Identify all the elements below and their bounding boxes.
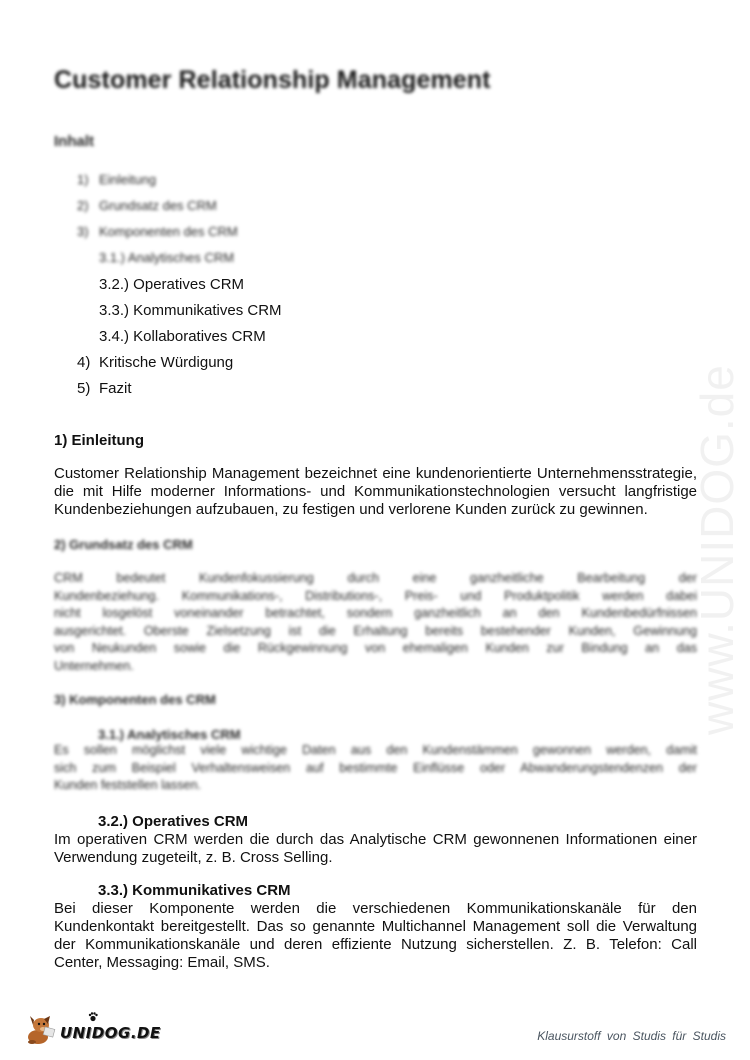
- toc-item-label: 3.1.) Analytisches CRM: [99, 250, 234, 265]
- toc-item[interactable]: 5)Fazit: [77, 380, 132, 397]
- paragraph-line: Customer Relationship Management bezeich…: [54, 465, 697, 483]
- toc-item-number: 1): [77, 172, 99, 187]
- logo-text: UNIDOG.DE: [60, 1024, 161, 1042]
- paragraph-line: Kunden feststellen lassen.: [54, 777, 697, 795]
- section-heading-analytisch: 3.1.) Analytisches CRM: [98, 727, 241, 742]
- section-heading-kommunikativ: 3.3.) Kommunikatives CRM: [98, 882, 291, 899]
- toc-heading: Inhalt: [54, 133, 94, 150]
- toc-item[interactable]: 4)Kritische Würdigung: [77, 354, 233, 371]
- section-heading-komponenten: 3) Komponenten des CRM: [54, 692, 216, 707]
- toc-item-label: 3.3.) Kommunikatives CRM: [99, 302, 282, 319]
- toc-item[interactable]: 3.3.) Kommunikatives CRM: [99, 302, 282, 319]
- toc-item[interactable]: 3.4.) Kollaboratives CRM: [99, 328, 266, 345]
- toc-item[interactable]: 3.1.) Analytisches CRM: [99, 250, 234, 265]
- paragraph-line: von Neukunden sowie die Rückgewinnung vo…: [54, 640, 697, 658]
- paw-icon: [88, 1012, 98, 1022]
- toc-item-label: Komponenten des CRM: [99, 224, 238, 239]
- watermark: www.UNIDOG.de: [690, 364, 744, 735]
- toc-item-label: Einleitung: [99, 172, 156, 187]
- paragraph-line: die mit Hilfe moderner Informations- und…: [54, 483, 697, 501]
- toc-item-number: 2): [77, 198, 99, 213]
- toc-item[interactable]: 3)Komponenten des CRM: [77, 224, 238, 239]
- paragraph-line: Unternehmen.: [54, 658, 697, 676]
- dog-mascot-icon: [24, 1012, 58, 1046]
- toc-item[interactable]: 2)Grundsatz des CRM: [77, 198, 217, 213]
- section-body-grundsatz: CRM bedeutet Kundenfokussierung durch ei…: [54, 570, 697, 676]
- paragraph-line: ausgerichtet. Oberste Zielsetzung ist di…: [54, 623, 697, 641]
- toc-item-label: 3.4.) Kollaboratives CRM: [99, 328, 266, 345]
- paragraph-line: sich zum Beispiel Verhaltensweisen auf b…: [54, 760, 697, 778]
- toc-item-number: 4): [77, 354, 99, 371]
- paragraph-line: nicht losgelöst voneinander betrachtet, …: [54, 605, 697, 623]
- toc-item[interactable]: 1)Einleitung: [77, 172, 156, 187]
- section-heading-grundsatz: 2) Grundsatz des CRM: [54, 537, 193, 552]
- unidog-logo[interactable]: UNIDOG.DE: [24, 1012, 161, 1046]
- section-body-kommunikativ: Bei dieser Komponente werden die verschi…: [54, 900, 697, 972]
- footer-tagline: Klausurstoff von Studis für Studis: [537, 1029, 726, 1043]
- paragraph-line: Verwendung zugeteilt, z. B. Cross Sellin…: [54, 849, 697, 867]
- section-body-einleitung: Customer Relationship Management bezeich…: [54, 465, 697, 519]
- document-title: Customer Relationship Management: [54, 66, 491, 95]
- paragraph-line: Im operativen CRM werden die durch das A…: [54, 831, 697, 849]
- section-body-operativ: Im operativen CRM werden die durch das A…: [54, 831, 697, 867]
- toc-item-number: 3): [77, 224, 99, 239]
- paragraph-line: der Kommunikationskanäle und deren effiz…: [54, 936, 697, 954]
- document-page: www.UNIDOG.de Customer Relationship Mana…: [0, 0, 750, 1060]
- section-heading-einleitung: 1) Einleitung: [54, 432, 144, 449]
- toc-item-label: Fazit: [99, 380, 132, 397]
- toc-item[interactable]: 3.2.) Operatives CRM: [99, 276, 244, 293]
- paragraph-line: CRM bedeutet Kundenfokussierung durch ei…: [54, 570, 697, 588]
- toc-item-label: Grundsatz des CRM: [99, 198, 217, 213]
- paragraph-line: Bei dieser Komponente werden die verschi…: [54, 900, 697, 918]
- toc-item-label: 3.2.) Operatives CRM: [99, 276, 244, 293]
- paragraph-line: Kundenkontakt bereitgestellt. Das so gen…: [54, 918, 697, 936]
- section-heading-operativ: 3.2.) Operatives CRM: [98, 813, 248, 830]
- paragraph-line: Kundenbeziehungen aufzubauen, zu festige…: [54, 501, 697, 519]
- section-body-analytisch: Es sollen möglichst viele wichtige Daten…: [54, 742, 697, 795]
- toc-item-label: Kritische Würdigung: [99, 354, 233, 371]
- paragraph-line: Es sollen möglichst viele wichtige Daten…: [54, 742, 697, 760]
- paragraph-line: Center, Messaging: Email, SMS.: [54, 954, 697, 972]
- paragraph-line: Kundenbeziehung. Kommunikations-, Distri…: [54, 588, 697, 606]
- toc-item-number: 5): [77, 380, 99, 397]
